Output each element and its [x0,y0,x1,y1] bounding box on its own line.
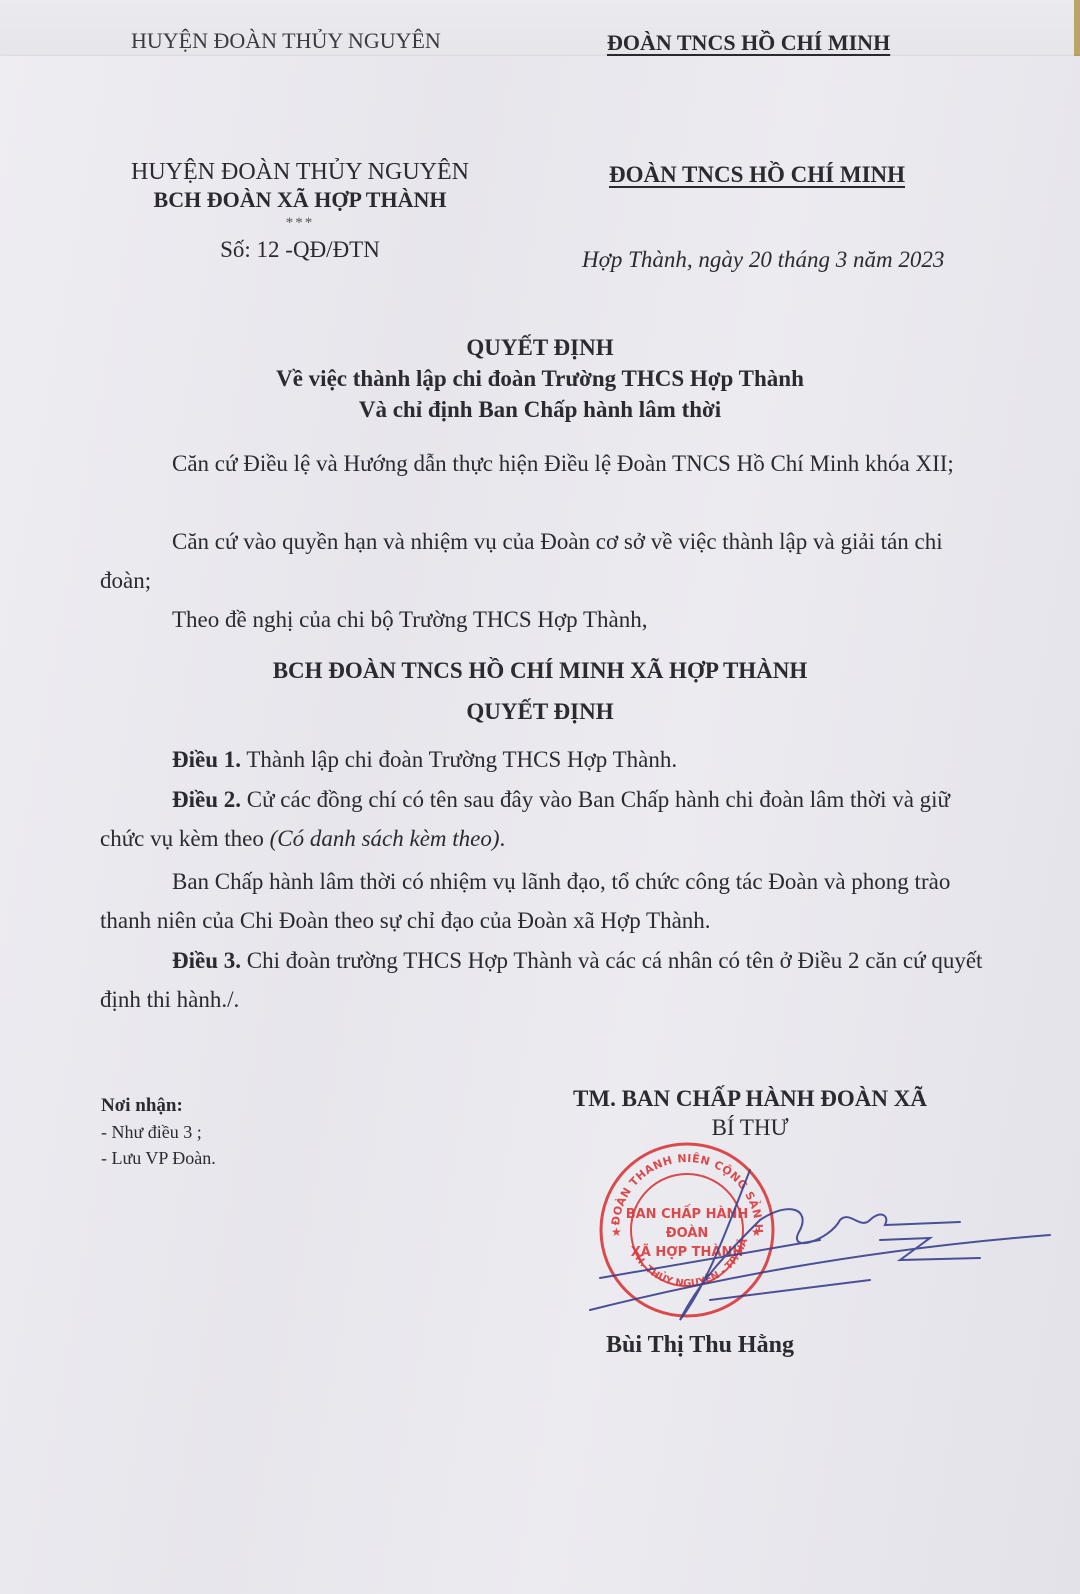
issuer-header: HUYỆN ĐOÀN THỦY NGUYÊN BCH ĐOÀN XÃ HỢP T… [100,158,500,266]
recipients-heading: Nơi nhận: [101,1093,216,1119]
article-1-label: Điều 1. [172,747,241,772]
parent-org: HUYỆN ĐOÀN THỦY NGUYÊN [100,158,500,186]
header-separator: *** [100,214,500,232]
article-2-label: Điều 2. [172,787,241,812]
signer-name: Bùi Thị Thu Hằng [520,1332,880,1359]
article-2-note: (Có danh sách kèm theo) [270,826,500,851]
decision-title-block: QUYẾT ĐỊNH Về việc thành lập chi đoàn Tr… [0,332,1080,425]
recipient-item: - Như điều 3 ; [101,1119,216,1145]
article-3-label: Điều 3. [172,948,241,973]
preamble-2: Căn cứ vào quyền hạn và nhiệm vụ của Đoà… [100,522,995,600]
article-2: Điều 2. Cử các đồng chí có tên sau đây v… [100,780,995,858]
article-1: Điều 1. Thành lập chi đoàn Trường THCS H… [100,740,995,779]
signature-block: TM. BAN CHẤP HÀNH ĐOÀN XÃ BÍ THƯ [520,1085,980,1143]
article-2-duties: Ban Chấp hành lâm thời có nhiệm vụ lãnh … [100,862,995,940]
article-1-text: Thành lập chi đoàn Trường THCS Hợp Thành… [241,747,677,772]
back-sheet-org-right: ĐOÀN TNCS HỒ CHÍ MINH [607,30,890,56]
article-3: Điều 3. Chi đoàn trường THCS Hợp Thành v… [100,941,995,1019]
decision-subtitle-1: Về việc thành lập chi đoàn Trường THCS H… [0,363,1080,394]
signer-position: BÍ THƯ [520,1113,980,1143]
preamble-3: Theo đề nghị của chi bộ Trường THCS Hợp … [100,600,995,639]
recipient-item: - Lưu VP Đoàn. [101,1145,216,1171]
handwritten-signature [560,1160,1060,1340]
preamble-1: Căn cứ Điều lệ và Hướng dẫn thực hiện Đi… [100,444,995,483]
recipients-block: Nơi nhận: - Như điều 3 ; - Lưu VP Đoàn. [101,1093,216,1171]
national-org-header: ĐOÀN TNCS HỒ CHÍ MINH [609,162,905,188]
issuing-org: BCH ĐOÀN XÃ HỢP THÀNH [100,186,500,214]
authority-decision: QUYẾT ĐỊNH [0,691,1080,733]
authority-line: BCH ĐOÀN TNCS HỒ CHÍ MINH XÃ HỢP THÀNH [0,650,1080,692]
signer-on-behalf: TM. BAN CHẤP HÀNH ĐOÀN XÃ [520,1085,980,1113]
article-2-tail: . [500,826,506,851]
paper-edge [1074,0,1080,60]
decision-title: QUYẾT ĐỊNH [0,332,1080,363]
back-sheet-org-left: HUYỆN ĐOÀN THỦY NGUYÊN [131,28,441,54]
doc-number: Số: 12 -QĐ/ĐTN [100,234,500,266]
place-date: Hợp Thành, ngày 20 tháng 3 năm 2023 [582,247,944,273]
decision-subtitle-2: Và chỉ định Ban Chấp hành lâm thời [0,394,1080,425]
